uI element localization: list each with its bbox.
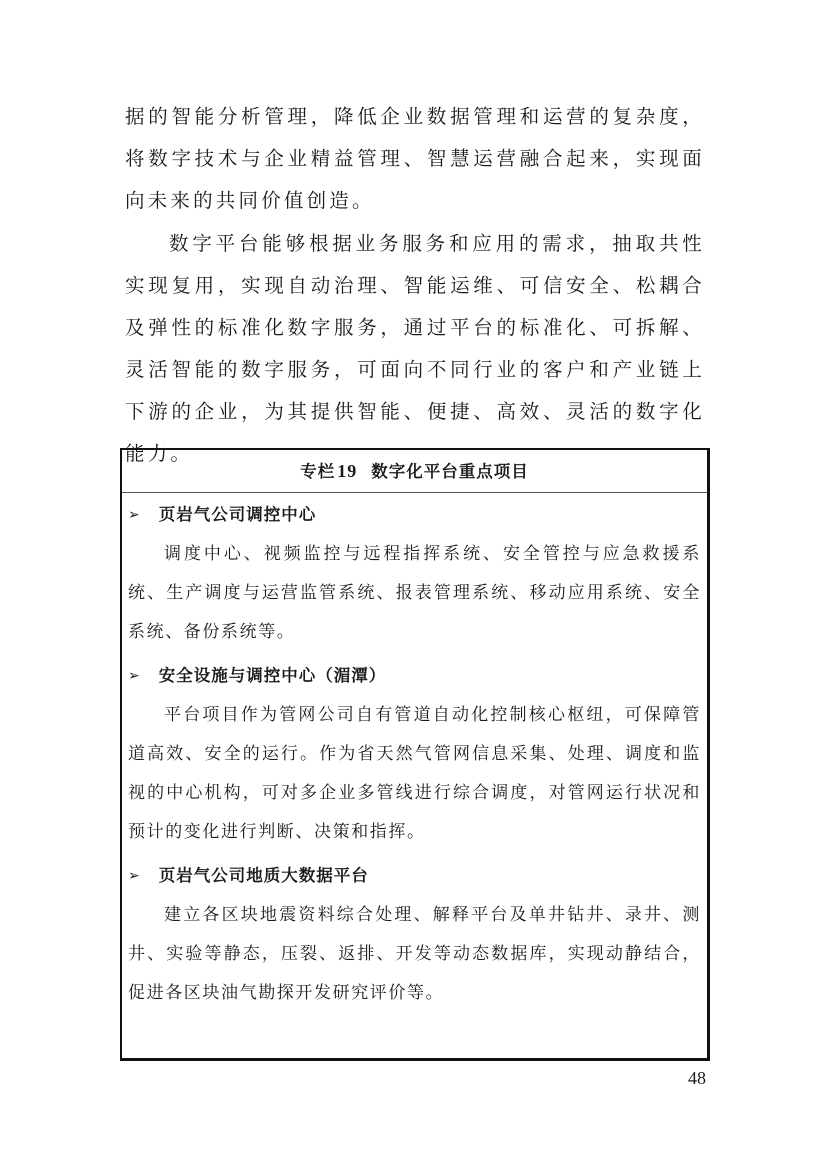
arrow-bullet-icon: ➢ — [128, 654, 141, 698]
section-body: 平台项目作为管网公司自有管道自动化控制核心枢纽，可保障管道高效、安全的运行。作为… — [128, 696, 701, 852]
section-heading: ➢ 安全设施与调控中心（湄潭） — [128, 654, 701, 698]
project-section: ➢ 安全设施与调控中心（湄潭） 平台项目作为管网公司自有管道自动化控制核心枢纽，… — [122, 654, 707, 852]
box-title-prefix: 专栏 — [300, 462, 335, 481]
section-heading-text: 安全设施与调控中心（湄潭） — [159, 654, 387, 698]
box-title-number: 19 — [337, 461, 357, 481]
arrow-bullet-icon: ➢ — [128, 854, 141, 898]
section-heading-text: 页岩气公司地质大数据平台 — [159, 854, 369, 898]
section-heading-text: 页岩气公司调控中心 — [159, 493, 317, 537]
body-paragraph: 据的智能分析管理，降低企业数据管理和运营的复杂度，将数字技术与企业精益管理、智慧… — [125, 96, 705, 222]
feature-box: 专栏19数字化平台重点项目 ➢ 页岩气公司调控中心 调度中心、视频监控与远程指挥… — [120, 448, 710, 1061]
arrow-bullet-icon: ➢ — [128, 493, 141, 537]
project-section: ➢ 页岩气公司地质大数据平台 建立各区块地震资料综合处理、解释平台及单井钻井、录… — [122, 854, 707, 1013]
box-title-text: 数字化平台重点项目 — [371, 462, 529, 481]
project-section: ➢ 页岩气公司调控中心 调度中心、视频监控与远程指挥系统、安全管控与应急救援系统… — [122, 493, 707, 652]
section-heading: ➢ 页岩气公司地质大数据平台 — [128, 854, 701, 898]
body-paragraph: 数字平台能够根据业务服务和应用的需求，抽取共性实现复用，实现自动治理、智能运维、… — [125, 223, 705, 475]
section-body: 调度中心、视频监控与远程指挥系统、安全管控与应急救援系统、生产调度与运营监管系统… — [128, 535, 701, 652]
box-title: 专栏19数字化平台重点项目 — [122, 450, 707, 493]
section-body: 建立各区块地震资料综合处理、解释平台及单井钻井、录井、测井、实验等静态，压裂、返… — [128, 896, 701, 1013]
page-number: 48 — [688, 1068, 706, 1089]
section-heading: ➢ 页岩气公司调控中心 — [128, 493, 701, 537]
